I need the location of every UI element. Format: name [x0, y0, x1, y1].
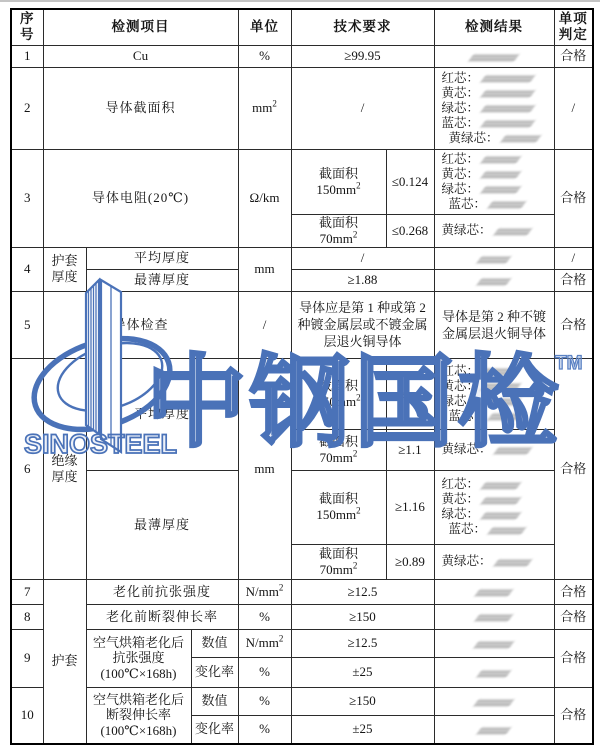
cell-verdict: 合格: [554, 604, 593, 629]
redacted-value: [468, 53, 520, 62]
result-line: 蓝芯：: [442, 197, 552, 212]
redacted-value: [480, 382, 522, 391]
col-header-no: 序号: [11, 9, 43, 45]
result-line: 蓝芯：: [442, 522, 552, 537]
row-6-insulation-min-150: 最薄厚度 截面积150mm2 ≥1.16 红芯： 黄芯： 绿芯： 蓝芯：: [11, 470, 593, 544]
cell-item: Cu: [43, 45, 238, 67]
col-header-unit: 单位: [238, 9, 291, 45]
cell-unit: mm2: [238, 67, 291, 149]
cell-unit: %: [238, 604, 291, 629]
cell-item-avg: 平均厚度: [86, 247, 238, 269]
col-header-requirement: 技术要求: [291, 9, 434, 45]
row-5-conductor-check: 5 导体检查 / 导体应是第 1 种或第 2 种镀金属层或不镀金属层退火铜导体 …: [11, 291, 593, 358]
result-line: 红芯：: [442, 71, 552, 86]
cell-verdict: 合格: [554, 629, 593, 687]
cell-item: 老化前抗张强度: [86, 579, 238, 604]
cell-verdict: 合格: [554, 358, 593, 579]
cell-no: 2: [11, 67, 43, 149]
scan-edge-artifact: [0, 0, 600, 2]
row-2-cross-section: 2 导体截面积 mm2 / 红芯： 黄芯： 绿芯： 蓝芯： 黄绿芯： /: [11, 67, 593, 149]
cell-result: [434, 45, 554, 67]
cell-area-150: 截面积150mm2: [291, 470, 386, 544]
cell-area-70: 截面积70mm2: [291, 214, 386, 247]
cell-area-150: 截面积150mm2: [291, 149, 386, 214]
cell-sub-rate: 变化率: [191, 715, 238, 744]
cell-requirement: ±25: [291, 657, 434, 687]
cell-item: 空气烘箱老化后抗张强度(100℃×168h): [86, 629, 191, 687]
cell-group-sheath: 护套: [43, 579, 86, 744]
result-line: 黄绿芯：: [442, 554, 552, 569]
redacted-value: [480, 185, 522, 194]
cell-result: [434, 629, 554, 657]
redacted-value: [480, 511, 522, 520]
cell-limit: ≥1.1: [386, 429, 434, 470]
cell-result: [434, 247, 554, 269]
cell-requirement: /: [291, 67, 434, 149]
result-line: 绿芯：: [442, 394, 552, 409]
redacted-value: [487, 412, 527, 421]
cell-no: 7: [11, 579, 43, 604]
cell-requirement: /: [291, 247, 434, 269]
cell-no: 5: [11, 291, 43, 358]
cell-result: 红芯： 黄芯： 绿芯： 蓝芯：: [434, 358, 554, 429]
cell-verdict: 合格: [554, 579, 593, 604]
result-line: 绿芯：: [442, 507, 552, 522]
cell-unit: %: [238, 715, 291, 744]
cell-no: 10: [11, 687, 43, 744]
result-line: 黄绿芯：: [442, 131, 552, 146]
result-line: 红芯：: [442, 364, 552, 379]
row-4-sheath-avg: 4 护套厚度 平均厚度 mm / /: [11, 247, 593, 269]
cell-result: [434, 715, 554, 744]
cell-result: [434, 579, 554, 604]
cell-verdict: /: [554, 247, 593, 269]
redacted-value: [499, 134, 541, 143]
redacted-value: [476, 255, 512, 264]
row-9-tensile-after-aging-value: 9 空气烘箱老化后抗张强度(100℃×168h) 数值 N/mm2 ≥12.5 …: [11, 629, 593, 657]
result-line: 黄芯：: [442, 86, 552, 101]
cell-unit: %: [238, 687, 291, 715]
cell-item-min: 最薄厚度: [86, 269, 238, 291]
result-line: 红芯：: [442, 152, 552, 167]
cell-result: 黄绿芯：: [434, 544, 554, 579]
cell-no: 1: [11, 45, 43, 67]
redacted-value: [480, 397, 522, 406]
cell-sub-value: 数值: [191, 629, 238, 657]
cell-requirement: ≥12.5: [291, 579, 434, 604]
redacted-value: [476, 669, 512, 678]
cell-result: 导体是第 2 种不镀金属层退火铜导体: [434, 291, 554, 358]
result-line: 绿芯：: [442, 182, 552, 197]
cell-result: [434, 269, 554, 291]
redacted-value: [480, 74, 536, 83]
redacted-value: [480, 496, 522, 505]
cell-result: 黄绿芯：: [434, 429, 554, 470]
cell-group-sheath-thickness: 护套厚度: [43, 247, 86, 291]
col-header-item: 检测项目: [43, 9, 238, 45]
cell-requirement: ≥12.5: [291, 629, 434, 657]
scanned-test-report-page: 序号 检测项目 单位 技术要求 检测结果 单项判定 1 Cu % ≥99.95 …: [0, 0, 600, 748]
cell-requirement: ≥150: [291, 604, 434, 629]
cell-item: 空气烘箱老化后断裂伸长率(100℃×168h): [86, 687, 191, 744]
result-line: 绿芯：: [442, 101, 552, 116]
cell-item: 导体电阻(20℃): [43, 149, 238, 247]
cell-result: [434, 604, 554, 629]
redacted-value: [480, 104, 536, 113]
result-line: 黄芯：: [442, 492, 552, 507]
cell-verdict: 合格: [554, 149, 593, 247]
cell-item: 导体检查: [43, 291, 238, 358]
cell-limit: ≥1.4: [386, 358, 434, 429]
row-6-insulation-avg-150: 6 绝缘厚度 平均厚度 mm 截面积150mm2 ≥1.4 红芯： 黄芯： 绿芯…: [11, 358, 593, 429]
cell-unit: Ω/km: [238, 149, 291, 247]
cell-requirement: ±25: [291, 715, 434, 744]
redacted-value: [480, 155, 522, 164]
result-line: 蓝芯：: [442, 409, 552, 424]
redacted-value: [476, 277, 512, 286]
cell-requirement: ≥1.88: [291, 269, 434, 291]
cell-sub-value: 数值: [191, 687, 238, 715]
redacted-value: [492, 446, 532, 455]
cell-no: 3: [11, 149, 43, 247]
cell-result-70: 黄绿芯：: [434, 214, 554, 247]
result-line: 黄绿芯：: [442, 442, 552, 457]
row-3-resistance-150: 3 导体电阻(20℃) Ω/km 截面积150mm2 ≤0.124 红芯： 黄芯…: [11, 149, 593, 214]
cell-requirement: ≥99.95: [291, 45, 434, 67]
cell-no: 9: [11, 629, 43, 687]
redacted-value: [473, 640, 515, 649]
cell-unit: /: [238, 291, 291, 358]
redacted-value: [492, 227, 532, 236]
cell-area-70: 截面积70mm2: [291, 544, 386, 579]
cell-result: [434, 657, 554, 687]
cell-area-70: 截面积70mm2: [291, 429, 386, 470]
redacted-value: [480, 89, 536, 98]
cell-unit: %: [238, 45, 291, 67]
result-line: 黄绿芯：: [442, 223, 552, 238]
redacted-value: [487, 200, 527, 209]
cell-verdict: 合格: [554, 291, 593, 358]
row-10-elongation-after-aging-value: 10 空气烘箱老化后断裂伸长率(100℃×168h) 数值 % ≥150 合格: [11, 687, 593, 715]
cell-limit: ≥1.16: [386, 470, 434, 544]
cell-verdict: 合格: [554, 45, 593, 67]
cell-no: 8: [11, 604, 43, 629]
cell-group-insulation-thickness: 绝缘厚度: [43, 358, 86, 579]
result-line: 红芯：: [442, 477, 552, 492]
cell-result-150: 红芯： 黄芯： 绿芯： 蓝芯：: [434, 149, 554, 214]
redacted-value: [492, 558, 532, 567]
cell-verdict: 合格: [554, 687, 593, 744]
cell-unit: mm: [238, 247, 291, 291]
cell-unit: %: [238, 657, 291, 687]
cell-sub-rate: 变化率: [191, 657, 238, 687]
row-7-tensile-before-aging: 7 护套 老化前抗张强度 N/mm2 ≥12.5 合格: [11, 579, 593, 604]
col-header-verdict: 单项判定: [554, 9, 593, 45]
redacted-value: [474, 588, 514, 597]
cell-result: 红芯： 黄芯： 绿芯： 蓝芯：: [434, 470, 554, 544]
result-line: 黄芯：: [442, 379, 552, 394]
cell-item: 导体截面积: [43, 67, 238, 149]
cell-limit: ≥0.89: [386, 544, 434, 579]
redacted-value: [480, 119, 536, 128]
cell-unit: N/mm2: [238, 579, 291, 604]
cell-verdict: 合格: [554, 269, 593, 291]
cell-unit: mm: [238, 358, 291, 579]
row-4-sheath-min: 最薄厚度 ≥1.88 合格: [11, 269, 593, 291]
test-report-table: 序号 检测项目 单位 技术要求 检测结果 单项判定 1 Cu % ≥99.95 …: [10, 8, 594, 745]
redacted-value: [474, 613, 514, 622]
cell-no: 4: [11, 247, 43, 291]
cell-requirement: ≥150: [291, 687, 434, 715]
cell-item: 老化前断裂伸长率: [86, 604, 238, 629]
cell-limit-70: ≤0.268: [386, 214, 434, 247]
cell-area-150: 截面积150mm2: [291, 358, 386, 429]
redacted-value: [476, 726, 512, 735]
cell-unit: N/mm2: [238, 629, 291, 657]
row-1-cu: 1 Cu % ≥99.95 合格: [11, 45, 593, 67]
cell-item-min: 最薄厚度: [86, 470, 238, 579]
cell-result: [434, 687, 554, 715]
header-row: 序号 检测项目 单位 技术要求 检测结果 单项判定: [11, 9, 593, 45]
cell-no: 6: [11, 358, 43, 579]
cell-limit-150: ≤0.124: [386, 149, 434, 214]
redacted-value: [487, 526, 527, 535]
redacted-value: [480, 481, 522, 490]
result-line: 黄芯：: [442, 167, 552, 182]
cell-verdict: /: [554, 67, 593, 149]
cell-item-avg: 平均厚度: [86, 358, 238, 470]
row-8-elongation-before-aging: 8 老化前断裂伸长率 % ≥150 合格: [11, 604, 593, 629]
col-header-result: 检测结果: [434, 9, 554, 45]
result-line: 蓝芯：: [442, 116, 552, 131]
cell-requirement: 导体应是第 1 种或第 2 种镀金属层或不镀金属层退火铜导体: [291, 291, 434, 358]
redacted-value: [473, 698, 515, 707]
redacted-value: [480, 367, 522, 376]
redacted-value: [480, 170, 522, 179]
cell-result: 红芯： 黄芯： 绿芯： 蓝芯： 黄绿芯：: [434, 67, 554, 149]
